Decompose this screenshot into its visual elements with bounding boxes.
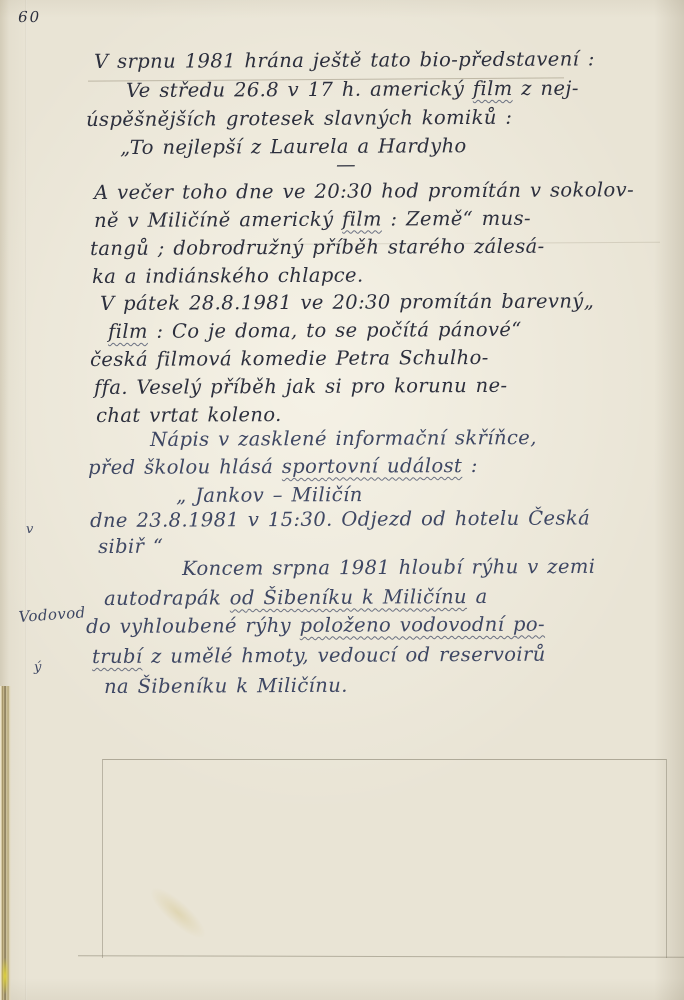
line-p2-l4: ka a indiánského chlapce. [92, 264, 364, 288]
line-p1-l4: „To nejlepší z Laurela a Hardyho [120, 134, 467, 159]
line-p2-l3: tangů ; dobrodružný příběh starého záles… [90, 235, 545, 260]
line-segment-wavy: trubí [92, 645, 143, 668]
line-segment: do vyhloubené rýhy [86, 614, 300, 638]
line-p5-l3: do vyhloubené rýhy položeno vodovodní po… [86, 613, 545, 638]
line-segment: a [467, 585, 488, 608]
line-p5-l5: na Šibeníku k Miličínu. [104, 674, 348, 698]
binding-shadow [0, 0, 9, 690]
paper-crease-line [25, 0, 27, 1000]
line-segment-wavy: položeno vodovodní po- [300, 613, 545, 637]
page-edge-yellow-spot [1, 958, 9, 994]
page-number: 60 [18, 8, 41, 26]
line-segment-wavy: od Šibeníku k Miličínu [230, 585, 467, 609]
line-p2-l1: A večer toho dne ve 20:30 hod promítán v… [94, 178, 634, 204]
line-segment-wavy: sportovní událost [282, 454, 463, 478]
line-p4-l4: dne 23.8.1981 v 15:30. Odjezd od hotelu … [90, 506, 590, 532]
line-segment: autodrapák [104, 586, 230, 610]
line-segment: : Co je doma, to se počítá pánové“ [148, 318, 522, 343]
line-p1-l3: úspěšnějších grotesek slavných komiků : [86, 106, 512, 131]
line-p5-l2: autodrapák od Šibeníku k Miličínu a [104, 585, 488, 610]
line-segment: ně v Miličíně americký [94, 208, 342, 232]
line-p3-l3: česká filmová komedie Petra Schulho- [90, 346, 489, 371]
line-p1-l1: V srpnu 1981 hrána ještě tato bio-předst… [94, 47, 595, 73]
line-p4-l2: před školou hlásá sportovní událost : [88, 454, 478, 479]
line-p3-l1: V pátek 28.8.1981 ve 20:30 promítán bare… [100, 289, 594, 315]
line-segment-wavy: film [108, 320, 148, 343]
line-p1-dash: — [336, 153, 356, 176]
line-p5-l1: Koncem srpna 1981 hloubí rýhu v zemi [182, 555, 595, 580]
line-segment-wavy: film [342, 207, 382, 230]
line-p3-l5: chat vrtat koleno. [96, 403, 282, 427]
line-p1-l2: Ve středu 26.8 v 17 h. americký film z n… [126, 77, 579, 102]
line-segment: z nej- [513, 77, 579, 100]
line-segment: Ve středu 26.8 v 17 h. americký [126, 77, 473, 102]
margin-squiggle-mark: ý [34, 660, 42, 675]
line-p5-l4: trubí z umělé hmoty, vedoucí od reservoi… [92, 643, 546, 668]
line-segment-wavy: film [473, 77, 513, 100]
line-p2-l2: ně v Miličíně americký film : Země“ mus- [94, 207, 531, 232]
line-segment: : [462, 454, 478, 477]
line-segment: před školou hlásá [88, 455, 282, 479]
line-p3-l2: film : Co je doma, to se počítá pánové“ [108, 318, 522, 343]
line-p4-l1: Nápis v zasklené informační skříňce, [150, 426, 537, 451]
margin-check-mark: v [26, 522, 34, 537]
line-p4-l3: „ Jankov – Miličín [176, 483, 363, 507]
line-segment: : Země“ mus- [382, 207, 531, 231]
line-segment: z umělé hmoty, vedoucí od reservoirů [142, 643, 545, 668]
book-page-edges [0, 686, 11, 1000]
line-p3-l4: ffa. Veselý příběh jak si pro korunu ne- [94, 374, 508, 399]
line-p4-l5: sibiř “ [98, 535, 163, 558]
